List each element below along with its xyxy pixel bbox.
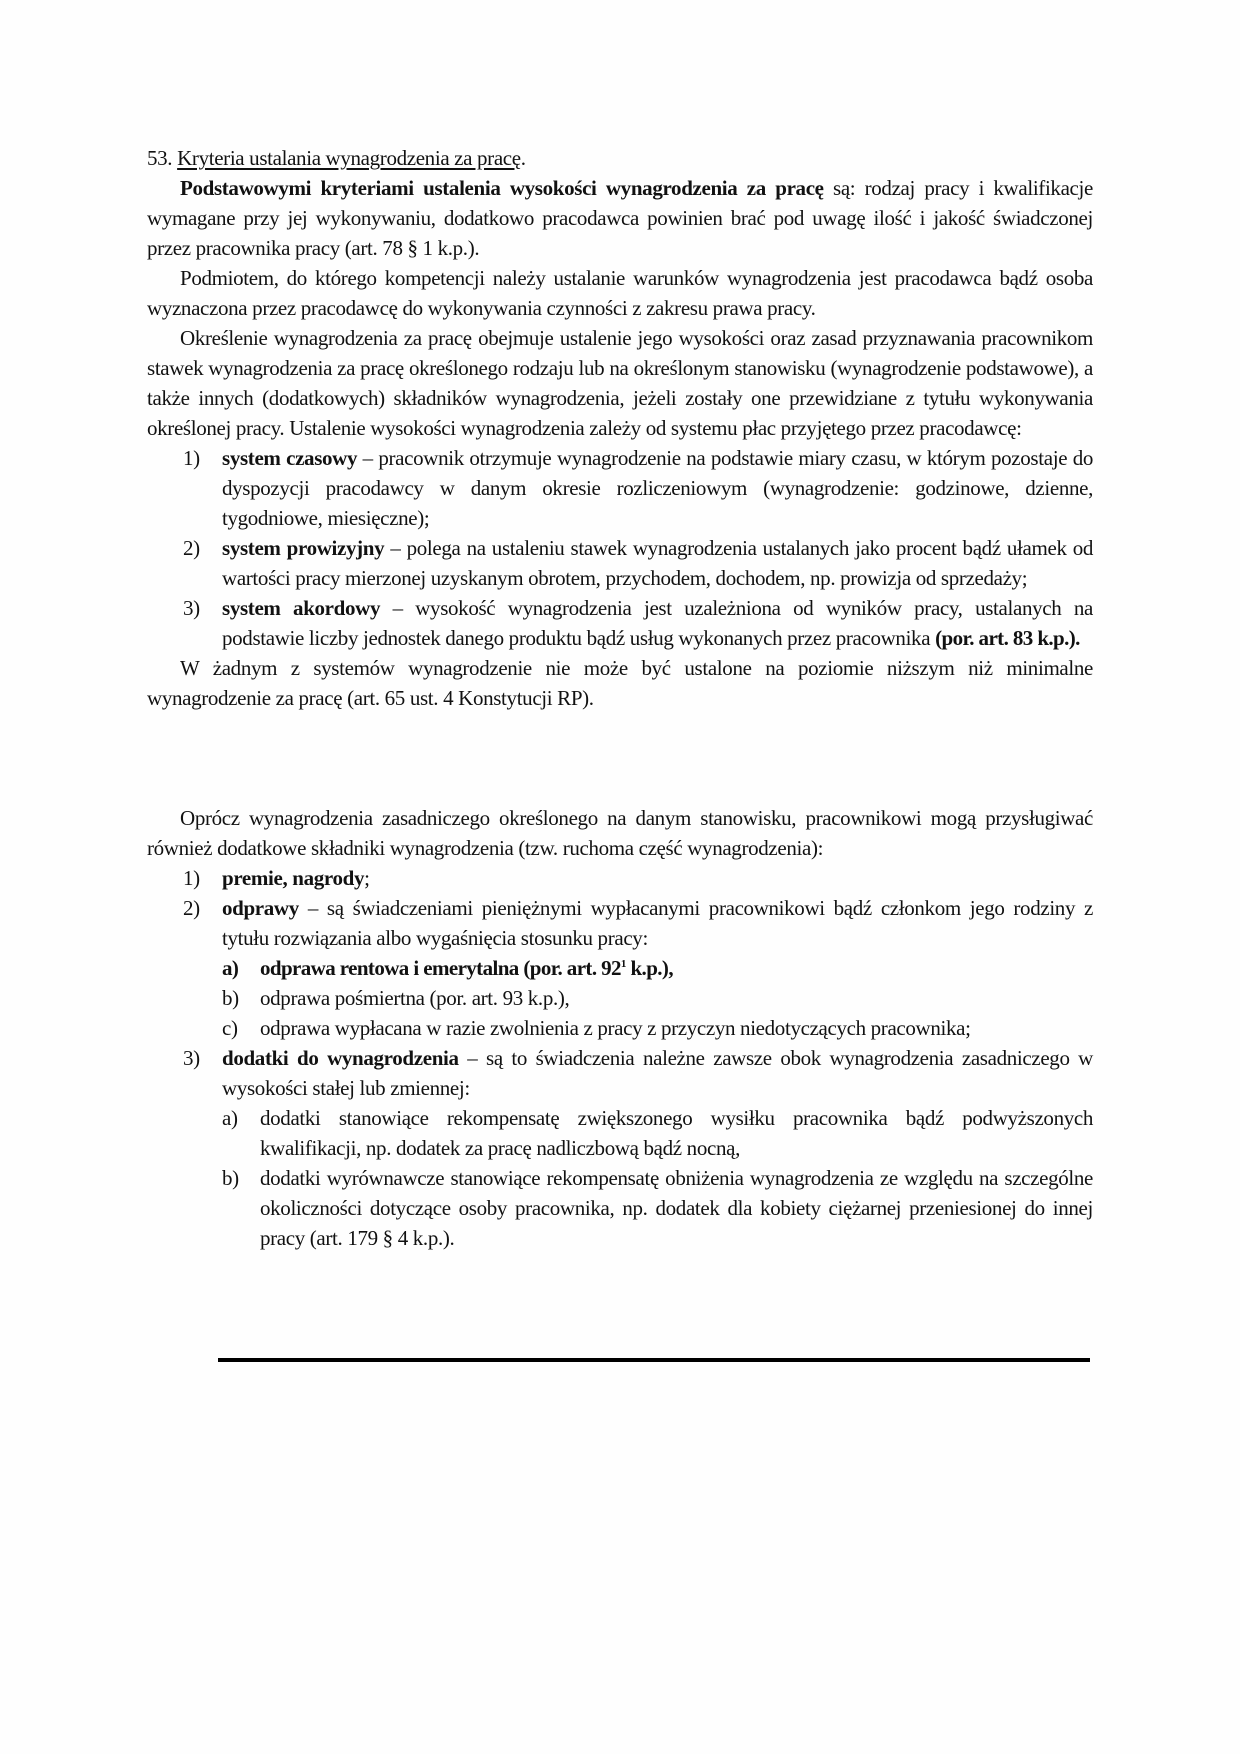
pay-systems-list: 1)system czasowy – pracownik otrzymuje w… (147, 443, 1093, 653)
sublist-marker: b) (222, 983, 239, 1013)
list-marker: 1) (183, 863, 200, 893)
criteria-term: Podstawowymi kryteriami ustalenia wysoko… (180, 176, 824, 200)
sublist-item: a)dodatki stanowiące rekompensatę zwięks… (222, 1103, 1093, 1163)
sublist-marker: c) (222, 1013, 238, 1043)
spacer (147, 713, 1093, 803)
paragraph-minimum-wage: W żadnym z systemów wynagrodzenie nie mo… (147, 653, 1093, 713)
list-item-system-prowizyjny: 2)system prowizyjny – polega na ustaleni… (147, 533, 1093, 593)
section-title-period: . (521, 146, 526, 170)
list-text: ; (364, 866, 370, 890)
list-term: system czasowy (222, 446, 357, 470)
document-page: 53. Kryteria ustalania wynagrodzenia za … (147, 143, 1093, 1253)
list-item-system-akordowy: 3)system akordowy – wysokość wynagrodzen… (147, 593, 1093, 653)
paragraph-additional-components: Oprócz wynagrodzenia zasadniczego określ… (147, 803, 1093, 863)
sublist-item: b)dodatki wyrównawcze stanowiące rekompe… (222, 1163, 1093, 1253)
sublist-marker: a) (222, 953, 238, 983)
list-term: premie, nagrody (222, 866, 364, 890)
list-marker: 1) (183, 443, 200, 473)
sublist-item: a)odprawa rentowa i emerytalna (por. art… (222, 953, 1093, 983)
dodatki-sublist: a)dodatki stanowiące rekompensatę zwięks… (222, 1103, 1093, 1253)
list-marker: 2) (183, 893, 200, 923)
legal-reference: (por. art. 83 k.p.). (935, 626, 1080, 650)
components-list: 1)premie, nagrody; 2)odprawy – są świadc… (147, 863, 1093, 1253)
sublist-item: c)odprawa wypłacana w razie zwolnienia z… (222, 1013, 1093, 1043)
list-marker: 2) (183, 533, 200, 563)
sublist-item: b)odprawa pośmiertna (por. art. 93 k.p.)… (222, 983, 1093, 1013)
sublist-marker: b) (222, 1163, 239, 1193)
paragraph-subject: Podmiotem, do którego kompetencji należy… (147, 263, 1093, 323)
list-term: odprawy (222, 896, 299, 920)
sublist-text: odprawa wypłacana w razie zwolnienia z p… (260, 1016, 971, 1040)
section-title: Kryteria ustalania wynagrodzenia za prac… (177, 146, 521, 170)
list-item-dodatki: 3)dodatki do wynagrodzenia – są to świad… (147, 1043, 1093, 1253)
horizontal-rule (218, 1358, 1090, 1362)
paragraph-criteria: Podstawowymi kryteriami ustalenia wysoko… (147, 173, 1093, 263)
list-item-system-czasowy: 1)system czasowy – pracownik otrzymuje w… (147, 443, 1093, 533)
sublist-marker: a) (222, 1103, 238, 1133)
section-number: 53. (147, 146, 172, 170)
sublist-text-end: k.p.), (626, 956, 673, 980)
sublist-text: odprawa pośmiertna (por. art. 93 k.p.), (260, 986, 569, 1010)
list-marker: 3) (183, 593, 200, 623)
list-item-odprawy: 2)odprawy – są świadczeniami pieniężnymi… (147, 893, 1093, 1043)
list-text: – są świadczeniami pieniężnymi wypłacany… (222, 896, 1093, 950)
list-marker: 3) (183, 1043, 200, 1073)
list-term: system akordowy (222, 596, 380, 620)
sublist-text: odprawa rentowa i emerytalna (por. art. … (260, 956, 621, 980)
list-term: system prowizyjny (222, 536, 384, 560)
list-item-premie: 1)premie, nagrody; (147, 863, 1093, 893)
sublist-text: dodatki stanowiące rekompensatę zwiększo… (260, 1106, 1093, 1160)
sublist-text: dodatki wyrównawcze stanowiące rekompens… (260, 1166, 1093, 1250)
section-heading: 53. Kryteria ustalania wynagrodzenia za … (147, 143, 1093, 173)
paragraph-definition: Określenie wynagrodzenia za pracę obejmu… (147, 323, 1093, 443)
list-term: dodatki do wynagrodzenia (222, 1046, 459, 1070)
odprawy-sublist: a)odprawa rentowa i emerytalna (por. art… (222, 953, 1093, 1043)
